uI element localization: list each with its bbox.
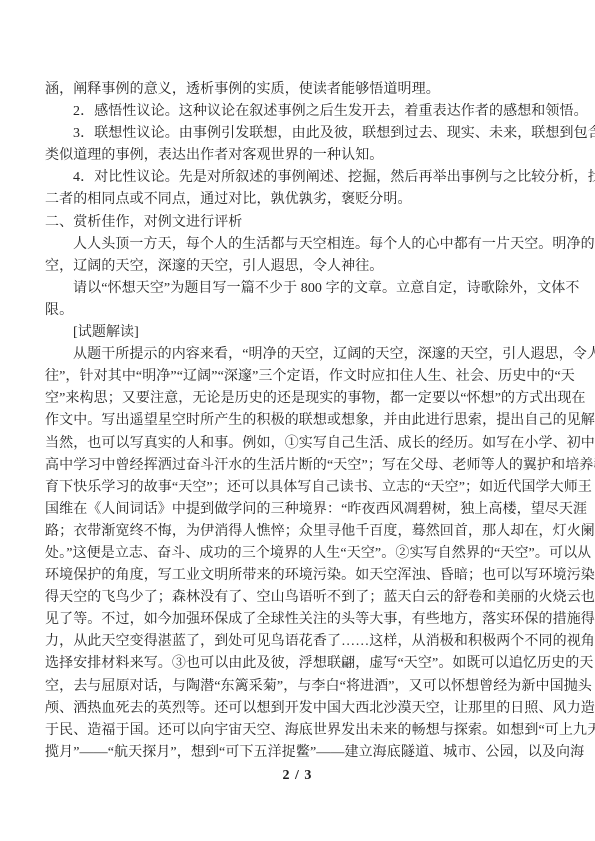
text-line: 空”来构思；又要注意，无论是历史的还是现实的事物，都一定要以“怀想”的方式出现在 <box>45 388 557 410</box>
text-line: 2．感悟性议论。这种议论在叙述事例之后生发开去，着重表达作者的感想和领悟。 <box>45 101 557 123</box>
text-line: 空，去与屈原对话，与陶潜“东篱采菊”，与李白“将进酒”，又可以怀想曾经为新中国抛… <box>45 676 557 698</box>
text-line: 揽月”——“航天探月”，想到“可下五洋捉鳖”——建立海底隧道、城市、公园，以及向… <box>45 742 557 764</box>
text-line: 人人头顶一方天，每个人的生活都与天空相连。每个人的心中都有一片天空。明净的天 <box>45 234 557 256</box>
text-line: 于民、造福于国。还可以向宇宙天空、海底世界发出未来的畅想与探索。如想到“可上九天 <box>45 720 557 742</box>
document-page: 涵，阐释事例的意义，透析事例的实质，使读者能够悟道明理。2．感悟性议论。这种议论… <box>0 0 595 841</box>
text-line: 育下快乐学习的故事“天空”；还可以具体写自己读书、立志的“天空”；如近代国学大师… <box>45 477 557 499</box>
text-line: 二者的相同点或不同点，通过对比，孰优孰劣，褒贬分明。 <box>45 189 557 211</box>
text-line: [试题解读] <box>45 322 557 344</box>
text-line: 环境保护的角度，写工业文明所带来的环境污染。如天空浑浊、昏暗；也可以写环境污染使 <box>45 565 557 587</box>
text-line: 类似道理的事例，表达出作者对客观世界的一种认知。 <box>45 145 557 167</box>
text-line: 请以“怀想天空”为题目写一篇不少于 800 字的文章。立意自定，诗歌除外，文体不 <box>45 278 557 300</box>
text-line: 往”，针对其中“明净”“辽阔”“深邃”三个定语，作文时应扣住人生、社会、历史中的… <box>45 366 557 388</box>
text-line: 得天空的飞鸟少了；森林没有了、空山鸟语听不到了；蓝天白云的舒卷和美丽的火烧云也不 <box>45 587 557 609</box>
text-line: 涵，阐释事例的意义，透析事例的实质，使读者能够悟道明理。 <box>45 79 557 101</box>
text-line: 作文中。写出遥望星空时所产生的积极的联想或想象，并由此进行思索，提出自己的见解。 <box>45 410 557 432</box>
text-line: 力，从此天空变得湛蓝了，到处可见鸟语花香了……这样，从消极和积极两个不同的视角去 <box>45 631 557 653</box>
text-line: 4．对比性议论。先是对所叙述的事例阐述、挖掘，然后再举出事例与之比较分析，找出 <box>45 167 557 189</box>
text-line: 限。 <box>45 300 557 322</box>
text-line: 从题干所提示的内容来看，“明净的天空，辽阔的天空，深邃的天空，引人遐思，令人神 <box>45 344 557 366</box>
text-line: 高中学习中曾经挥洒过奋斗汗水的生活片断的“天空”；写在父母、老师等人的翼护和培养… <box>45 455 557 477</box>
text-line: 处。”这便是立志、奋斗、成功的三个境界的人生“天空”。②实写自然界的“天空”。可… <box>45 543 557 565</box>
text-line: 路；衣带渐宽终不悔，为伊消得人憔悴；众里寻他千百度，蓦然回首，那人却在，灯火阑珊 <box>45 521 557 543</box>
text-line: 国维在《人间词话》中提到做学问的三种境界：“昨夜西风凋碧树，独上高楼，望尽天涯 <box>45 499 557 521</box>
page-number: 2 / 3 <box>0 768 595 784</box>
text-line: 当然，也可以写真实的人和事。例如，①实写自己生活、成长的经历。如写在小学、初中、 <box>45 433 557 455</box>
body-text: 涵，阐释事例的意义，透析事例的实质，使读者能够悟道明理。2．感悟性议论。这种议论… <box>45 79 557 764</box>
text-line: 选择安排材料来写。③也可以由此及彼，浮想联翩，虚写“天空”。如既可以追忆历史的天 <box>45 653 557 675</box>
text-line: 空，辽阔的天空，深邃的天空，引人遐思，令人神往。 <box>45 256 557 278</box>
text-line: 见了等。不过，如今加强环保成了全球性关注的头等大事，有些地方，落实环保的措施得 <box>45 609 557 631</box>
text-line: 二、赏析佳作，对例文进行评析 <box>45 212 557 234</box>
text-line: 颅、洒热血死去的英烈等。还可以想到开发中国大西北沙漠天空，让那里的日照、风力造福 <box>45 698 557 720</box>
text-line: 3．联想性议论。由事例引发联想，由此及彼，联想到过去、现实、未来，联想到包含着 <box>45 123 557 145</box>
